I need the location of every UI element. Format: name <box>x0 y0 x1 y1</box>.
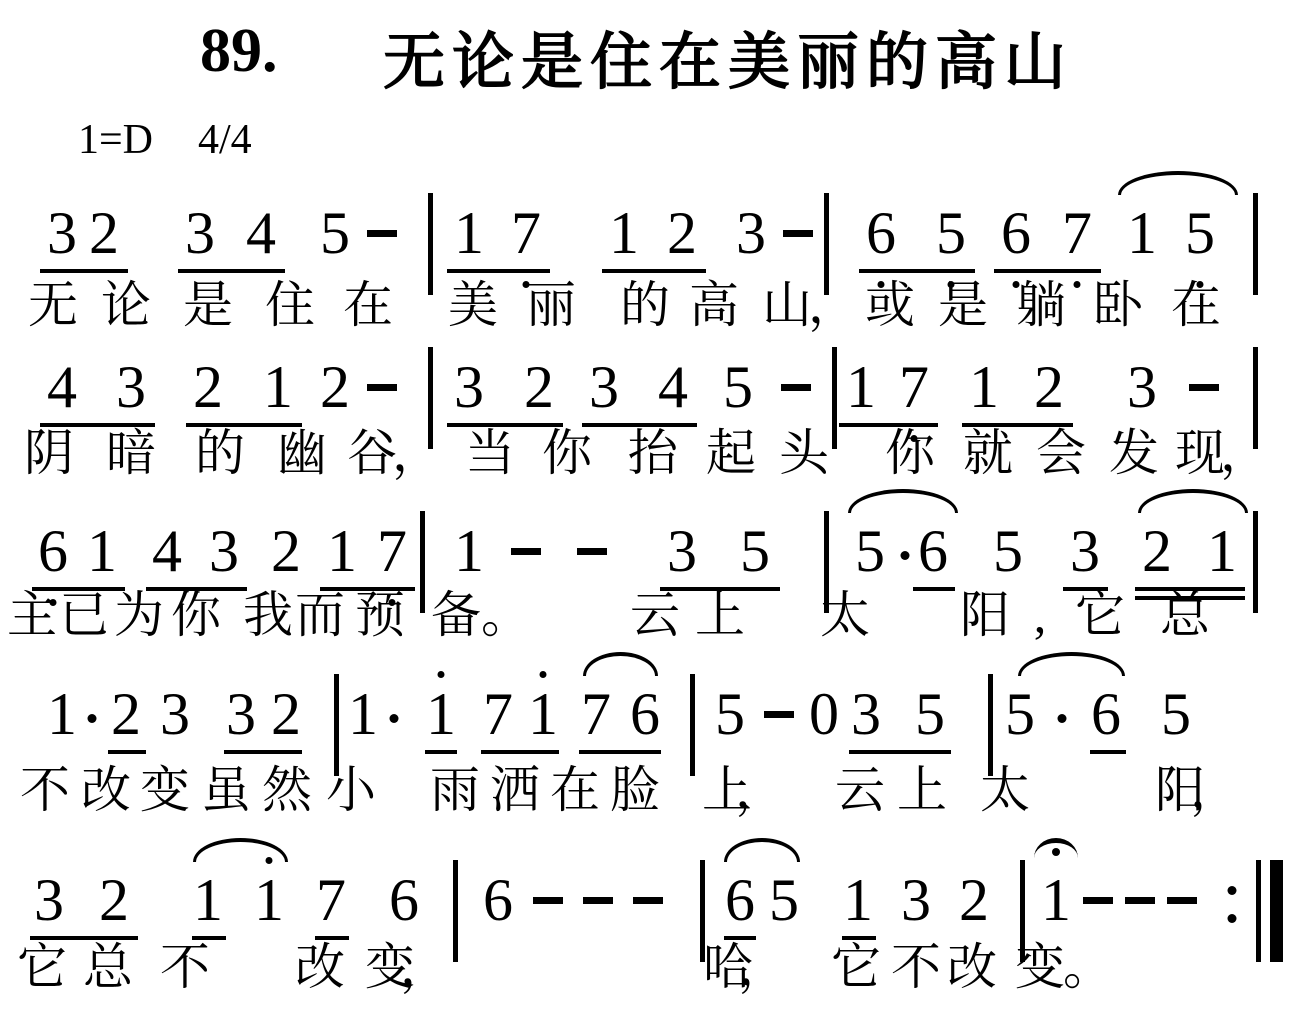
note-digit: 2 <box>271 684 301 744</box>
low-octave-dot <box>1074 281 1081 288</box>
note-digit: 7 <box>316 870 346 930</box>
note-digit: 1 <box>843 870 873 930</box>
lyric-char: ， <box>1220 428 1270 478</box>
barline <box>334 674 339 776</box>
sheet-music-page: 89. 无论是住在美丽的高山 1=D 4/4 3234517123656715无… <box>0 0 1290 1014</box>
lyric-char: 你 <box>171 590 221 640</box>
slur-arc <box>583 652 658 676</box>
note-digit: 6 <box>1091 684 1121 744</box>
note-digit: 5 <box>769 870 799 930</box>
eighth-beam <box>447 269 550 273</box>
note-digit: 4 <box>658 357 688 417</box>
lyric-char: 卧 <box>1093 280 1143 330</box>
note-digit: 6 <box>483 870 513 930</box>
augmentation-dot <box>390 714 399 723</box>
lyric-char: 发 <box>1109 428 1159 478</box>
eighth-beam <box>425 750 457 754</box>
lyric-char: 山 <box>762 280 812 330</box>
note-digit: 5 <box>723 357 753 417</box>
lyric-char: 会 <box>1036 428 1086 478</box>
lyric-char: 。 <box>481 590 531 640</box>
lyric-char: 然 <box>262 765 312 815</box>
barline <box>1253 511 1258 613</box>
eighth-beam <box>1090 750 1126 754</box>
lyric-char: 无 <box>28 280 78 330</box>
time-signature: 4/4 <box>198 116 252 164</box>
barline <box>832 347 837 449</box>
note-digit: 1 <box>846 357 876 417</box>
lyric-char: 主 <box>7 590 57 640</box>
lyric-char: 云 <box>835 765 885 815</box>
note-digit: 0 <box>809 684 839 744</box>
note-digit: 2 <box>320 357 350 417</box>
eighth-beam <box>994 269 1101 273</box>
lyric-char: 我 <box>243 590 293 640</box>
lyric-char: 抬 <box>628 428 678 478</box>
eighth-beam <box>602 269 706 273</box>
note-digit: 3 <box>209 521 239 581</box>
song-number: 89. <box>200 16 278 87</box>
lyric-char: ， <box>808 280 858 330</box>
note-digit: 2 <box>1034 357 1064 417</box>
note-digit: 5 <box>915 684 945 744</box>
repeat-dot <box>1228 886 1237 895</box>
sustain-dash <box>511 548 541 555</box>
sustain-dash <box>1167 897 1197 904</box>
note-digit: 1 <box>454 521 484 581</box>
note-digit: 1 <box>528 684 558 744</box>
lyric-char: 躺 <box>1016 280 1066 330</box>
note-digit: 3 <box>1070 521 1100 581</box>
lyric-char: 太 <box>820 590 870 640</box>
lyric-char: 的 <box>195 428 245 478</box>
note-digit: 1 <box>1207 521 1237 581</box>
augmentation-dot <box>1058 714 1067 723</box>
high-octave-dot <box>540 671 547 678</box>
note-digit: 3 <box>589 357 619 417</box>
lyric-char: 在 <box>1171 280 1221 330</box>
eighth-beam <box>40 269 128 273</box>
barline <box>988 674 993 776</box>
lyric-char: 暗 <box>106 428 156 478</box>
lyric-char: 是 <box>183 280 233 330</box>
lyric-char: 云 <box>630 590 680 640</box>
eighth-beam <box>178 269 285 273</box>
lyric-char: , <box>1034 590 1047 640</box>
note-digit: 1 <box>426 684 456 744</box>
note-digit: 2 <box>111 684 141 744</box>
note-digit: 1 <box>47 684 77 744</box>
barline <box>690 674 695 776</box>
note-digit: 5 <box>1185 203 1215 263</box>
repeat-dot <box>1228 914 1237 923</box>
eighth-beam <box>224 750 302 754</box>
sustain-dash <box>1083 897 1113 904</box>
lyric-char: 在 <box>343 280 393 330</box>
slur-arc <box>848 489 958 513</box>
slur-arc <box>1118 171 1238 195</box>
note-digit: 3 <box>736 203 766 263</box>
barline <box>1253 193 1258 295</box>
note-digit: 3 <box>185 203 215 263</box>
note-digit: 1 <box>1041 870 1071 930</box>
sustain-dash <box>533 897 563 904</box>
note-digit: 1 <box>348 684 378 744</box>
final-thick-barline <box>1270 860 1283 962</box>
augmentation-dot <box>901 551 910 560</box>
lyric-char: 你 <box>885 428 935 478</box>
lyric-char: 美 <box>448 280 498 330</box>
note-digit: 6 <box>389 870 419 930</box>
lyric-char: 它 <box>17 942 67 992</box>
note-digit: 7 <box>899 357 929 417</box>
barline <box>428 193 433 295</box>
note-digit: 5 <box>1005 684 1035 744</box>
high-octave-dot <box>438 671 445 678</box>
lyric-char: ， <box>738 942 788 992</box>
lyric-char: 当 <box>465 428 515 478</box>
note-digit: 5 <box>715 684 745 744</box>
lyric-char: 就 <box>963 428 1013 478</box>
lyric-char: 住 <box>265 280 315 330</box>
lyric-char: 阴 <box>24 428 74 478</box>
lyric-char: 改 <box>947 942 997 992</box>
sustain-dash <box>1125 897 1155 904</box>
note-digit: 4 <box>246 203 276 263</box>
note-digit: 6 <box>725 870 755 930</box>
note-digit: 2 <box>193 357 223 417</box>
note-digit: 3 <box>116 357 146 417</box>
lyric-char: 洒 <box>490 765 540 815</box>
note-digit: 3 <box>454 357 484 417</box>
note-digit: 4 <box>47 357 77 417</box>
note-digit: 4 <box>152 521 182 581</box>
note-digit: 7 <box>1062 203 1092 263</box>
lyric-char: 在 <box>550 765 600 815</box>
note-digit: 7 <box>483 684 513 744</box>
lyric-char: 而 <box>295 590 345 640</box>
lyric-char: 是 <box>938 280 988 330</box>
lyric-char: 幽 <box>277 428 327 478</box>
lyric-char: ， <box>392 428 442 478</box>
slur-arc <box>193 838 288 862</box>
note-digit: 3 <box>226 684 256 744</box>
note-digit: 3 <box>901 870 931 930</box>
note-digit: 6 <box>918 521 948 581</box>
note-digit: 5 <box>1161 684 1191 744</box>
note-digit: 1 <box>87 521 117 581</box>
barline <box>420 511 425 613</box>
song-title: 无论是住在美丽的高山 <box>383 12 1073 101</box>
lyric-char: 。 <box>1063 942 1113 992</box>
lyric-char: 变 <box>1015 942 1065 992</box>
sustain-dash <box>367 384 397 391</box>
lyric-char: 变 <box>140 765 190 815</box>
barline <box>453 860 458 962</box>
lyric-char: 总 <box>83 942 133 992</box>
eighth-beam <box>859 269 975 273</box>
eighth-beam <box>579 750 661 754</box>
note-digit: 2 <box>99 870 129 930</box>
lyric-char: 论 <box>101 280 151 330</box>
lyric-char: ， <box>1190 765 1240 815</box>
lyric-char: 或 <box>865 280 915 330</box>
eighth-beam <box>913 587 955 591</box>
key-signature: 1=D <box>78 116 153 164</box>
note-digit: 3 <box>47 203 77 263</box>
note-digit: 1 <box>969 357 999 417</box>
note-digit: 2 <box>271 521 301 581</box>
note-digit: 3 <box>34 870 64 930</box>
lyric-char: 头 <box>779 428 829 478</box>
eighth-beam <box>108 750 146 754</box>
sustain-dash <box>583 897 613 904</box>
fermata-icon <box>1052 848 1060 856</box>
lyric-char: 你 <box>542 428 592 478</box>
note-digit: 6 <box>866 203 896 263</box>
sustain-dash <box>1189 384 1219 391</box>
note-digit: 1 <box>263 357 293 417</box>
lyric-char: 备 <box>431 590 481 640</box>
lyric-char: 为 <box>114 590 164 640</box>
note-digit: 7 <box>581 684 611 744</box>
eighth-beam <box>849 750 951 754</box>
sustain-dash <box>367 230 397 237</box>
note-digit: 2 <box>667 203 697 263</box>
note-digit: 6 <box>38 521 68 581</box>
note-digit: 1 <box>609 203 639 263</box>
lyric-char: 改 <box>81 765 131 815</box>
slur-arc <box>724 838 800 862</box>
lyric-char: 上 <box>695 590 745 640</box>
sustain-dash <box>781 384 811 391</box>
lyric-char: 的 <box>620 280 670 330</box>
note-digit: 2 <box>89 203 119 263</box>
lyric-char: 总 <box>1160 590 1210 640</box>
sustain-dash <box>633 897 663 904</box>
slur-arc <box>1018 652 1125 676</box>
lyric-char: 改 <box>295 942 345 992</box>
note-digit: 1 <box>1127 203 1157 263</box>
note-digit: 2 <box>1142 521 1172 581</box>
note-digit: 3 <box>160 684 190 744</box>
note-digit: 3 <box>851 684 881 744</box>
note-digit: 6 <box>630 684 660 744</box>
lyric-char: 太 <box>980 765 1030 815</box>
lyric-char: 现 <box>1175 428 1225 478</box>
lyric-char: 不 <box>20 765 70 815</box>
lyric-char: 不 <box>891 942 941 992</box>
note-digit: 1 <box>254 870 284 930</box>
note-digit: 5 <box>855 521 885 581</box>
lyric-char: 谷 <box>347 428 397 478</box>
note-digit: 5 <box>320 203 350 263</box>
lyric-char: ， <box>735 765 785 815</box>
lyric-char: 起 <box>706 428 756 478</box>
lyric-char: 它 <box>831 942 881 992</box>
note-digit: 7 <box>511 203 541 263</box>
lyric-char: 它 <box>1075 590 1125 640</box>
eighth-beam <box>481 750 559 754</box>
note-digit: 5 <box>993 521 1023 581</box>
note-digit: 2 <box>524 357 554 417</box>
note-digit: 1 <box>327 521 357 581</box>
note-digit: 5 <box>936 203 966 263</box>
lyric-char: 脸 <box>610 765 660 815</box>
lyric-char: 虽 <box>201 765 251 815</box>
lyric-char: 高 <box>689 280 739 330</box>
sustain-dash <box>577 548 607 555</box>
augmentation-dot <box>88 714 97 723</box>
lyric-char: 小 <box>326 765 376 815</box>
sustain-dash <box>764 711 794 718</box>
lyric-char: 不 <box>160 942 210 992</box>
note-digit: 5 <box>740 521 770 581</box>
lyric-char: 丽 <box>526 280 576 330</box>
barline <box>1256 860 1261 962</box>
note-digit: 3 <box>667 521 697 581</box>
sustain-dash <box>783 230 813 237</box>
lyric-char: 阳 <box>960 590 1010 640</box>
note-digit: 1 <box>454 203 484 263</box>
note-digit: 2 <box>959 870 989 930</box>
slur-arc <box>1138 489 1248 513</box>
lyric-char: ， <box>400 942 450 992</box>
note-digit: 6 <box>1001 203 1031 263</box>
lyric-char: 上 <box>897 765 947 815</box>
note-digit: 1 <box>193 870 223 930</box>
lyric-char: 预 <box>355 590 405 640</box>
lyric-char: 已 <box>59 590 109 640</box>
note-digit: 3 <box>1127 357 1157 417</box>
note-digit: 7 <box>377 521 407 581</box>
lyric-char: 雨 <box>430 765 480 815</box>
